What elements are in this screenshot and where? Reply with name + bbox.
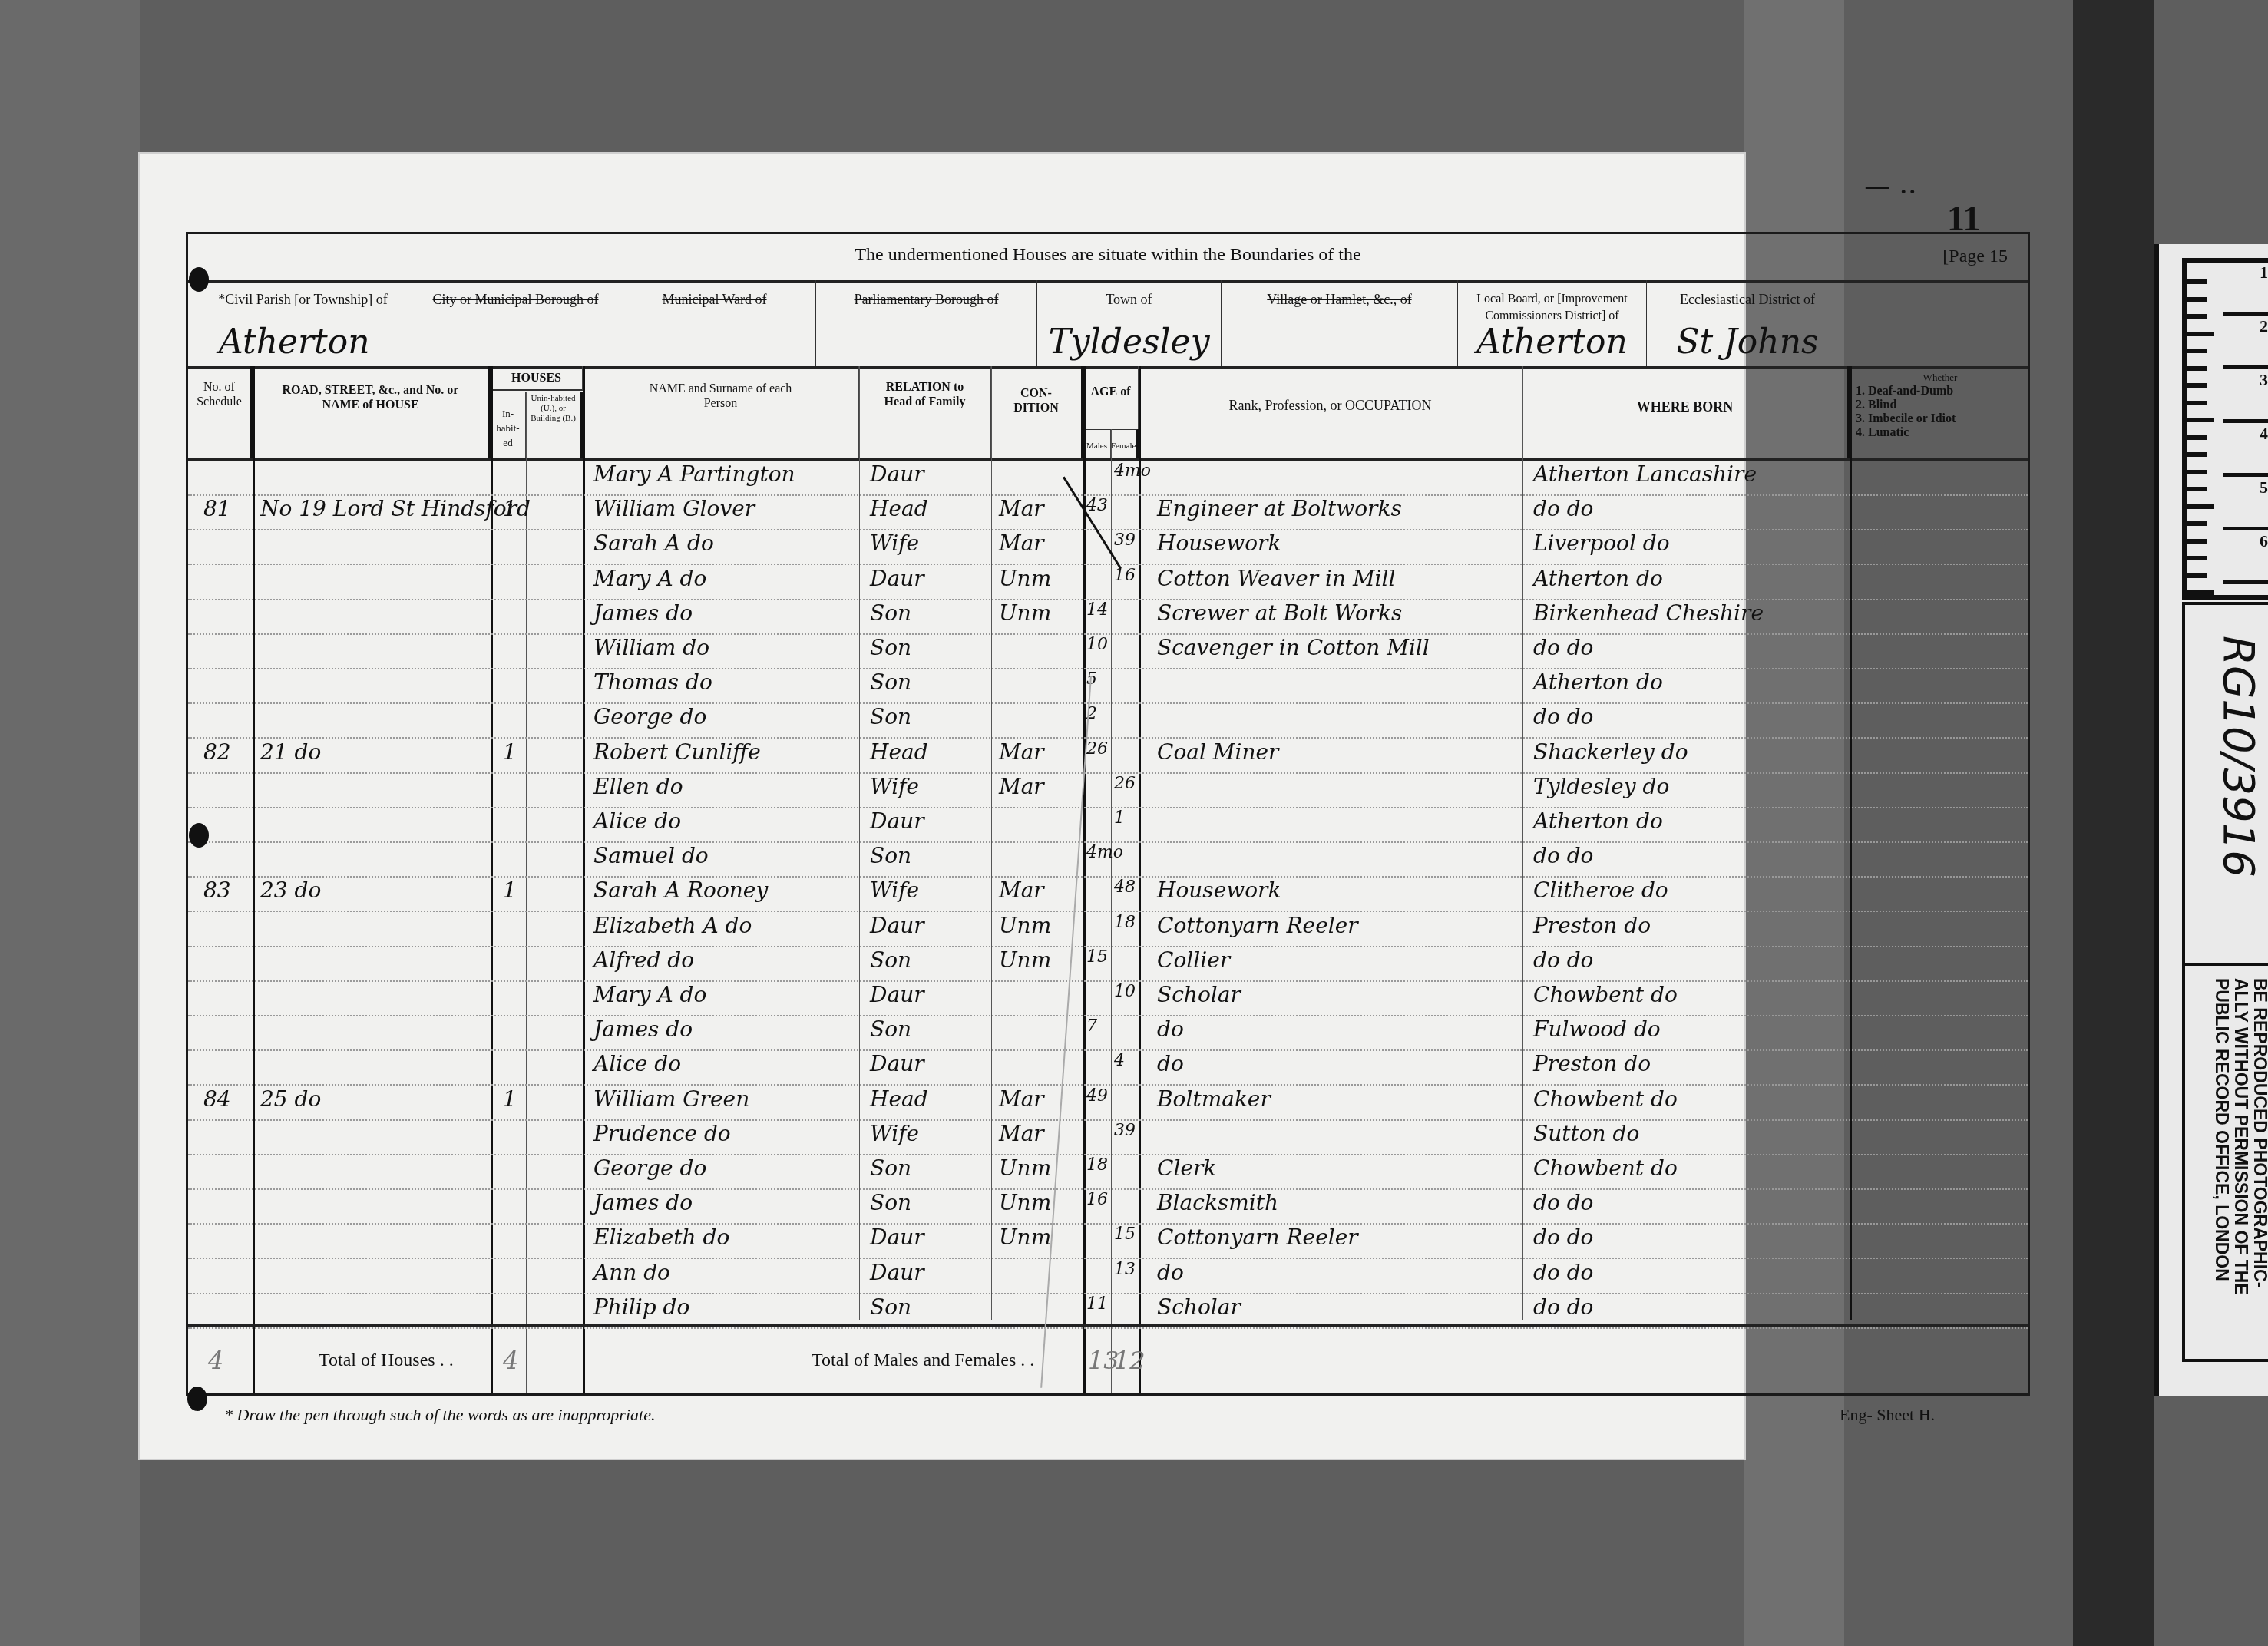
occupation: Scavenger in Cotton Mill	[1157, 635, 1518, 668]
inhabited-count	[503, 600, 526, 633]
table-row: Alice doDaur4doPreston do	[188, 1048, 2028, 1086]
col-schedule: No. of Schedule	[188, 366, 253, 458]
male-age: 18	[1086, 1155, 1111, 1188]
inhabited-count	[503, 843, 526, 876]
relation-to-head: Wife	[870, 878, 985, 911]
inhabited-count	[503, 1051, 526, 1084]
table-row: Thomas doSon5Atherton do	[188, 666, 2028, 704]
female-age	[1114, 739, 1139, 772]
ruler-tick	[2187, 279, 2207, 284]
boundary-municipal-ward: Municipal Ward of	[613, 280, 816, 366]
marital-condition	[999, 704, 1083, 737]
marital-condition: Mar	[999, 1121, 1083, 1154]
birthplace: do do	[1533, 1225, 1848, 1258]
house-address	[260, 982, 491, 1015]
birthplace: do do	[1533, 1260, 1848, 1293]
house-address	[260, 1051, 491, 1084]
table-row: Ann doDaur13dodo do	[188, 1257, 2028, 1294]
female-age	[1114, 843, 1139, 876]
ruler-tick	[2187, 470, 2207, 474]
col-inhabited: In-habit-ed	[491, 392, 526, 458]
schedule-number	[203, 600, 250, 633]
person-name: Alice do	[593, 1051, 855, 1084]
female-age: 15	[1114, 1225, 1139, 1258]
house-address	[260, 1294, 491, 1327]
relation-to-head: Head	[870, 496, 985, 529]
person-name: George do	[593, 1155, 855, 1188]
col-females: Females	[1111, 429, 1139, 458]
marital-condition: Unm	[999, 913, 1083, 946]
header-dashes: — ..	[1866, 174, 1919, 200]
birthplace: Liverpool do	[1533, 530, 1848, 564]
house-address	[260, 461, 491, 494]
total-schedules: 4	[208, 1346, 223, 1375]
occupation: Boltmaker	[1157, 1086, 1518, 1119]
inhabited-count	[503, 566, 526, 599]
house-address: 23 do	[260, 878, 491, 911]
inhabited-count: 1	[503, 496, 526, 529]
female-age	[1114, 496, 1139, 529]
binding-hole-bottom	[187, 1387, 207, 1411]
birthplace: Chowbent do	[1533, 1086, 1848, 1119]
ruler-tick	[2187, 452, 2207, 457]
male-age: 15	[1086, 947, 1111, 980]
female-age: 10	[1114, 982, 1139, 1015]
person-name: James do	[593, 1016, 855, 1049]
marital-condition	[999, 1016, 1083, 1049]
male-age: 14	[1086, 600, 1111, 633]
relation-to-head: Son	[870, 947, 985, 980]
female-age	[1114, 635, 1139, 668]
sheet-reference: Eng- Sheet H.	[1840, 1405, 1935, 1425]
totals-row: 4 Total of Houses . . 4 Total of Males a…	[188, 1324, 2028, 1396]
film-background-left	[0, 0, 140, 1646]
female-age: 13	[1114, 1260, 1139, 1293]
table-row: 8425 do1William GreenHeadMar49BoltmakerC…	[188, 1083, 2028, 1121]
table-row: Alice doDaur1Atherton do	[188, 805, 2028, 843]
birthplace: Clitheroe do	[1533, 878, 1848, 911]
marital-condition: Mar	[999, 739, 1083, 772]
house-address	[260, 1155, 491, 1188]
col-condition: CON-DITION	[991, 366, 1083, 458]
measurement-ruler: 123456	[2182, 258, 2268, 600]
footnote: * Draw the pen through such of the words…	[224, 1405, 655, 1425]
table-row: Elizabeth A doDaurUnm18Cottonyarn Reeler…	[188, 910, 2028, 947]
schedule-number: 84	[203, 1086, 250, 1119]
house-address	[260, 947, 491, 980]
marital-condition: Unm	[999, 566, 1083, 599]
col-relation: RELATION to Head of Family	[859, 366, 991, 458]
person-name: Prudence do	[593, 1121, 855, 1154]
reference-box: RG10/3916	[2182, 602, 2268, 963]
ruler-tick	[2187, 539, 2207, 544]
occupation: Scholar	[1157, 1294, 1518, 1327]
male-age	[1086, 566, 1111, 599]
male-age	[1086, 913, 1111, 946]
table-row: 8323 do1Sarah A RooneyWifeMar48Housework…	[188, 874, 2028, 912]
occupation	[1157, 843, 1518, 876]
inhabited-count	[503, 635, 526, 668]
inhabited-count	[503, 1155, 526, 1188]
archive-label: 123456 RG10/3916 BE REPRODUCED PHOTOGRAP…	[2154, 244, 2268, 1396]
inhabited-count	[503, 947, 526, 980]
inhabited-count	[503, 1294, 526, 1327]
ruler-tick	[2187, 383, 2207, 388]
birthplace: Shackerley do	[1533, 739, 1848, 772]
inhabited-count	[503, 704, 526, 737]
ruler-number: 6	[2223, 531, 2268, 584]
person-name: Mary A do	[593, 982, 855, 1015]
person-name: Elizabeth do	[593, 1225, 855, 1258]
binding-hole-top	[189, 267, 209, 292]
schedule-number	[203, 947, 250, 980]
col-age: AGE of	[1083, 366, 1139, 429]
binding-hole-middle	[189, 823, 209, 848]
inhabited-count: 1	[503, 878, 526, 911]
schedule-number	[203, 808, 250, 841]
male-age	[1086, 1225, 1111, 1258]
ruler-tick	[2187, 435, 2207, 440]
schedule-number	[203, 669, 250, 702]
person-name: Alice do	[593, 808, 855, 841]
birthplace: Atherton do	[1533, 808, 1848, 841]
occupation: Housework	[1157, 530, 1518, 564]
film-dark-band	[2073, 0, 2154, 1646]
female-age	[1114, 1190, 1139, 1223]
female-age	[1114, 1016, 1139, 1049]
schedule-number	[203, 1016, 250, 1049]
marital-condition: Mar	[999, 1086, 1083, 1119]
col-houses: HOUSES	[491, 366, 583, 391]
schedule-number	[203, 1260, 250, 1293]
person-name: James do	[593, 600, 855, 633]
ruler-number: 3	[2223, 370, 2268, 423]
col-males: Males	[1083, 429, 1111, 458]
relation-to-head: Son	[870, 1155, 985, 1188]
schedule-number	[203, 982, 250, 1015]
census-form: The undermentioned Houses are situate wi…	[186, 232, 2030, 1396]
inhabited-count	[503, 913, 526, 946]
person-name: Mary A Partington	[593, 461, 855, 494]
col-name: NAME and Surname of each Person	[583, 366, 859, 458]
ruler-number: 2	[2223, 316, 2268, 369]
marital-condition	[999, 635, 1083, 668]
boundary-village: Village or Hamlet, &c., of	[1222, 280, 1458, 366]
marital-condition: Mar	[999, 878, 1083, 911]
schedule-number	[203, 1121, 250, 1154]
form-header-text: The undermentioned Houses are situate wi…	[188, 245, 2028, 266]
occupation: Collier	[1157, 947, 1518, 980]
col-where-born: WHERE BORN	[1522, 366, 1850, 458]
table-row: George doSon2do do	[188, 701, 2028, 739]
male-age: 49	[1086, 1086, 1111, 1119]
table-row: Philip doSon11Scholardo do	[188, 1291, 2028, 1329]
relation-to-head: Son	[870, 704, 985, 737]
relation-to-head: Son	[870, 669, 985, 702]
boundary-parliamentary-borough: Parliamentary Borough of	[816, 280, 1037, 366]
total-houses-inhabited: 4	[503, 1346, 518, 1375]
occupation	[1157, 774, 1518, 807]
page-reference: [Page 15	[1942, 246, 2008, 267]
occupation: do	[1157, 1260, 1518, 1293]
table-row: Alfred doSonUnm15Collierdo do	[188, 944, 2028, 982]
boundary-municipal-borough: City or Municipal Borough of	[418, 280, 613, 366]
occupation: Clerk	[1157, 1155, 1518, 1188]
occupation	[1157, 461, 1518, 494]
occupation: Scholar	[1157, 982, 1518, 1015]
female-age	[1114, 1155, 1139, 1188]
table-row: James doSon7doFulwood do	[188, 1013, 2028, 1051]
boundary-ecclesiastical: Ecclesiastical District of St Johns	[1647, 280, 1848, 366]
male-age	[1086, 1260, 1111, 1293]
house-address	[260, 1225, 491, 1258]
relation-to-head: Daur	[870, 1051, 985, 1084]
schedule-number	[203, 461, 250, 494]
person-name: Elizabeth A do	[593, 913, 855, 946]
inhabited-count	[503, 808, 526, 841]
marital-condition: Unm	[999, 600, 1083, 633]
schedule-number	[203, 843, 250, 876]
person-name: William Glover	[593, 496, 855, 529]
house-address	[260, 913, 491, 946]
col-occupation: Rank, Profession, or OCCUPATION	[1139, 366, 1522, 458]
relation-to-head: Son	[870, 600, 985, 633]
schedule-number	[203, 1190, 250, 1223]
marital-condition	[999, 808, 1083, 841]
person-name: Ellen do	[593, 774, 855, 807]
birthplace: do do	[1533, 1294, 1848, 1327]
relation-to-head: Wife	[870, 1121, 985, 1154]
table-row: 81No 19 Lord St Hindsford1William Glover…	[188, 493, 2028, 530]
marital-condition: Mar	[999, 496, 1083, 529]
occupation	[1157, 808, 1518, 841]
male-age: 4mo	[1086, 843, 1111, 876]
ruler-tick	[2187, 573, 2207, 578]
male-age	[1086, 982, 1111, 1015]
marital-condition: Unm	[999, 1190, 1083, 1223]
table-row: Prudence doWifeMar39Sutton do	[188, 1118, 2028, 1155]
person-name: William do	[593, 635, 855, 668]
birthplace: Sutton do	[1533, 1121, 1848, 1154]
birthplace: do do	[1533, 843, 1848, 876]
marital-condition: Unm	[999, 1225, 1083, 1258]
table-row: Mary A PartingtonDaur4moAtherton Lancash…	[188, 458, 2028, 496]
inhabited-count	[503, 1121, 526, 1154]
person-name: Alfred do	[593, 947, 855, 980]
male-age	[1086, 774, 1111, 807]
house-address	[260, 1190, 491, 1223]
inhabited-count	[503, 669, 526, 702]
table-row: Ellen doWifeMar26Tyldesley do	[188, 771, 2028, 808]
birthplace: Preston do	[1533, 913, 1848, 946]
birthplace: Tyldesley do	[1533, 774, 1848, 807]
relation-to-head: Daur	[870, 913, 985, 946]
ruler-number: 4	[2223, 424, 2268, 477]
female-age	[1114, 600, 1139, 633]
occupation: Engineer at Boltworks	[1157, 496, 1518, 529]
form-title-row: The undermentioned Houses are situate wi…	[188, 234, 2028, 283]
house-address	[260, 843, 491, 876]
relation-to-head: Wife	[870, 774, 985, 807]
female-age	[1114, 669, 1139, 702]
ruler-tick	[2187, 314, 2207, 319]
schedule-number	[203, 1294, 250, 1327]
person-name: Thomas do	[593, 669, 855, 702]
civil-parish-value: Atherton	[188, 322, 418, 362]
birthplace: Chowbent do	[1533, 1155, 1848, 1188]
table-row: George doSonUnm18ClerkChowbent do	[188, 1152, 2028, 1190]
occupation: Cottonyarn Reeler	[1157, 913, 1518, 946]
marital-condition: Mar	[999, 774, 1083, 807]
relation-to-head: Son	[870, 843, 985, 876]
birthplace: do do	[1533, 496, 1848, 529]
ruler-tick	[2187, 418, 2214, 422]
house-address	[260, 600, 491, 633]
total-females: 12	[1114, 1346, 1146, 1375]
female-age: 39	[1114, 1121, 1139, 1154]
male-age: 11	[1086, 1294, 1111, 1327]
table-row: Mary A doDaurUnm16Cotton Weaver in MillA…	[188, 563, 2028, 600]
schedule-number	[203, 635, 250, 668]
ruler-tick	[2187, 366, 2207, 371]
ruler-tick	[2187, 297, 2207, 302]
birthplace: do do	[1533, 704, 1848, 737]
female-age	[1114, 1086, 1139, 1119]
marital-condition	[999, 1294, 1083, 1327]
table-row: 8221 do1Robert CunliffeHeadMar26Coal Min…	[188, 736, 2028, 774]
male-age	[1086, 1051, 1111, 1084]
person-name: Samuel do	[593, 843, 855, 876]
relation-to-head: Son	[870, 1016, 985, 1049]
birthplace: do do	[1533, 947, 1848, 980]
person-name: William Green	[593, 1086, 855, 1119]
male-age	[1086, 808, 1111, 841]
birthplace: Birkenhead Cheshire	[1533, 600, 1848, 633]
table-row: Samuel doSon4modo do	[188, 840, 2028, 878]
schedule-number	[203, 1155, 250, 1188]
person-name: Sarah A do	[593, 530, 855, 564]
ruler-number: 1	[2223, 263, 2268, 316]
relation-to-head: Son	[870, 1294, 985, 1327]
house-address	[260, 774, 491, 807]
male-age	[1086, 461, 1111, 494]
schedule-number	[203, 774, 250, 807]
marital-condition	[999, 843, 1083, 876]
house-address: 25 do	[260, 1086, 491, 1119]
male-age: 7	[1086, 1016, 1111, 1049]
inhabited-count	[503, 1016, 526, 1049]
person-name: Sarah A Rooney	[593, 878, 855, 911]
relation-to-head: Daur	[870, 1225, 985, 1258]
inhabited-count	[503, 1190, 526, 1223]
table-row: Elizabeth doDaurUnm15Cottonyarn Reelerdo…	[188, 1221, 2028, 1259]
house-address	[260, 704, 491, 737]
occupation	[1157, 1121, 1518, 1154]
col-road: ROAD, STREET, &c., and No. or NAME of HO…	[253, 366, 491, 458]
copyright-box: BE REPRODUCED PHOTOGRAPHIC- ALLY WITHOUT…	[2182, 963, 2268, 1362]
occupation: Blacksmith	[1157, 1190, 1518, 1223]
col-infirmities: Whether 1. Deaf-and-Dumb 2. Blind 3. Imb…	[1850, 366, 2031, 458]
house-address	[260, 808, 491, 841]
marital-condition: Unm	[999, 1155, 1083, 1188]
total-persons-label: Total of Males and Females . .	[812, 1350, 1034, 1371]
inhabited-count	[503, 530, 526, 564]
female-age: 16	[1114, 566, 1139, 599]
house-address: No 19 Lord St Hindsford	[260, 496, 491, 529]
boundary-row: *Civil Parish [or Township] of Atherton …	[188, 280, 2028, 369]
boundary-civil-parish: *Civil Parish [or Township] of Atherton	[188, 280, 418, 366]
town-value: Tyldesley	[1037, 322, 1221, 362]
house-address	[260, 1016, 491, 1049]
relation-to-head: Son	[870, 1190, 985, 1223]
boundary-local-board: Local Board, or [Improvement Commissione…	[1458, 280, 1647, 366]
birthplace: Atherton do	[1533, 566, 1848, 599]
col-uninhabited: Unin-habited (U.), or Building (B.)	[526, 392, 583, 458]
ruler-tick	[2187, 349, 2207, 353]
table-row: Mary A doDaur10ScholarChowbent do	[188, 979, 2028, 1016]
male-age: 43	[1086, 496, 1111, 529]
occupation: Housework	[1157, 878, 1518, 911]
person-name: Mary A do	[593, 566, 855, 599]
person-name: Ann do	[593, 1260, 855, 1293]
ecclesiastical-value: St Johns	[1647, 322, 1848, 362]
female-age: 18	[1114, 913, 1139, 946]
schedule-number	[203, 704, 250, 737]
female-age: 48	[1114, 878, 1139, 911]
female-age: 39	[1114, 530, 1139, 564]
archive-reference: RG10/3916	[2213, 636, 2263, 878]
inhabited-count: 1	[503, 739, 526, 772]
marital-condition	[999, 669, 1083, 702]
occupation: Cotton Weaver in Mill	[1157, 566, 1518, 599]
house-address	[260, 1260, 491, 1293]
female-age	[1114, 704, 1139, 737]
relation-to-head: Daur	[870, 1260, 985, 1293]
house-address	[260, 1121, 491, 1154]
occupation: do	[1157, 1016, 1518, 1049]
occupation	[1157, 704, 1518, 737]
female-age: 4mo	[1114, 461, 1139, 494]
relation-to-head: Head	[870, 739, 985, 772]
male-age: 26	[1086, 739, 1111, 772]
ruler-tick	[2187, 332, 2214, 336]
schedule-number	[203, 530, 250, 564]
schedule-number	[203, 566, 250, 599]
copyright-notice: BE REPRODUCED PHOTOGRAPHIC- ALLY WITHOUT…	[2212, 978, 2268, 1295]
schedule-number: 81	[203, 496, 250, 529]
column-headers: No. of Schedule ROAD, STREET, &c., and N…	[188, 366, 2028, 461]
total-houses-label: Total of Houses . .	[319, 1350, 454, 1371]
occupation: Cottonyarn Reeler	[1157, 1225, 1518, 1258]
inhabited-count: 1	[503, 1086, 526, 1119]
male-age	[1086, 878, 1111, 911]
house-address: 21 do	[260, 739, 491, 772]
relation-to-head: Head	[870, 1086, 985, 1119]
schedule-number	[203, 1225, 250, 1258]
marital-condition	[999, 1051, 1083, 1084]
house-address	[260, 669, 491, 702]
house-address	[260, 635, 491, 668]
birthplace: Atherton Lancashire	[1533, 461, 1848, 494]
birthplace: Fulwood do	[1533, 1016, 1848, 1049]
occupation	[1157, 669, 1518, 702]
ruler-tick	[2187, 504, 2214, 509]
schedule-number: 82	[203, 739, 250, 772]
person-name: Philip do	[593, 1294, 855, 1327]
inhabited-count	[503, 1225, 526, 1258]
marital-condition: Mar	[999, 530, 1083, 564]
occupation: Coal Miner	[1157, 739, 1518, 772]
